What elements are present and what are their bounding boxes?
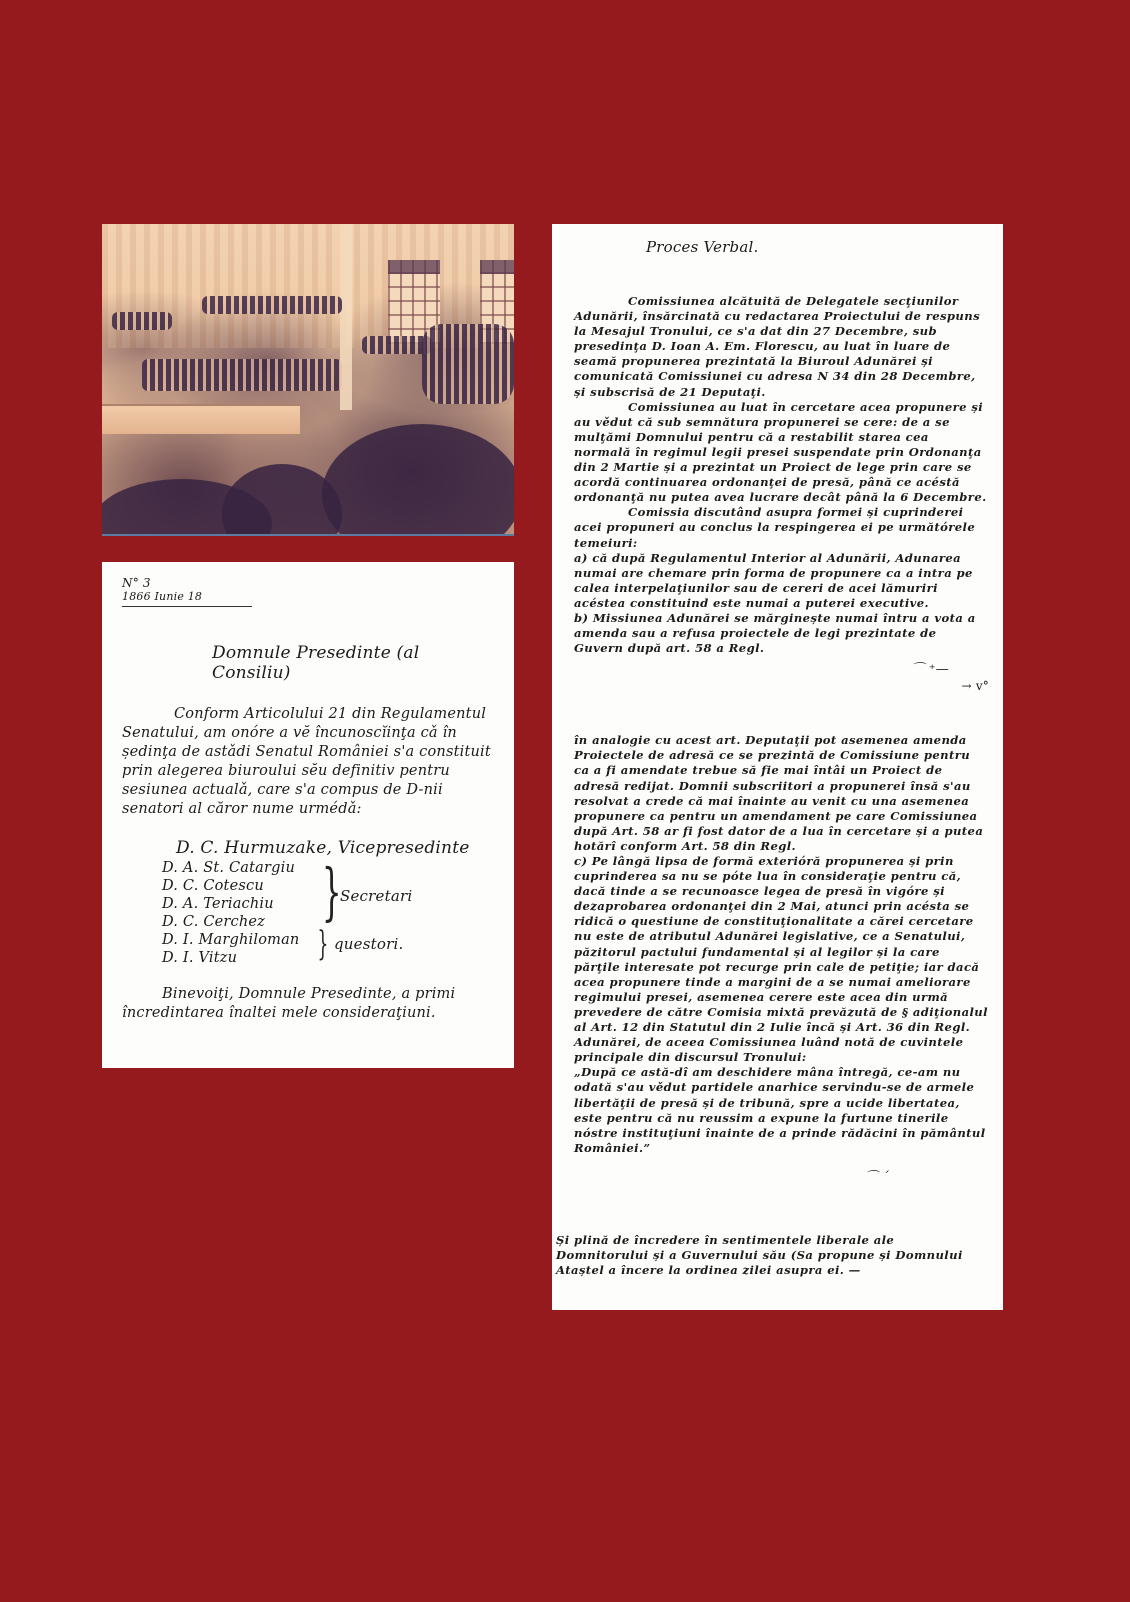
letter-closing: Binevoiţi, Domnule Presedinte, a primi î… (122, 985, 498, 1023)
paragraph: Comissiunea au luat în cercetare acea pr… (574, 400, 989, 506)
illustration-balcony (102, 404, 300, 434)
letter-date: 1866 Iunie 18 (122, 590, 252, 607)
illustration-crowd-right (422, 324, 514, 404)
brace-questori: } (317, 927, 328, 961)
letter-number: N° 3 (122, 576, 498, 590)
assembly-illustration (102, 224, 514, 536)
signatories-list: D. C. Hurmuzake, Vicepresedinte D. A. St… (162, 839, 498, 967)
paragraph: b) Missiunea Adunărei se mărginește numa… (574, 611, 989, 656)
group-label-secretari: Secretari (340, 887, 412, 905)
paragraph: „După ce astă-dî am deschidere mâna într… (574, 1065, 989, 1156)
letter-salutation: Domnule Presedinte (al Consiliu) (212, 643, 498, 683)
paragraph: Comissia discutând asupra formei și cupr… (574, 505, 989, 550)
continuation-mark: → v° (574, 679, 989, 693)
group-label-questori: questori. (334, 935, 403, 953)
proces-verbal-section-1: Comissiunea alcătuită de Delegatele secţ… (574, 294, 989, 656)
illustration-gallery-upper (202, 296, 342, 314)
paragraph: Și plină de încredere în sentimentele li… (556, 1233, 989, 1278)
letter-body: Conform Articolului 21 din Regulamentul … (122, 705, 498, 819)
paragraph: în analogie cu acest art. Deputaţii pot … (574, 733, 989, 854)
paragraph: a) că după Regulamentul Interior al Adun… (574, 551, 989, 611)
signatory-name: D. C. Hurmuzake (176, 838, 326, 858)
brace-secretari: } (322, 861, 342, 923)
signatory-role: Vicepresedinte (338, 838, 470, 858)
illustration-gallery-left (112, 312, 172, 330)
signatory: D. I. Marghiloman (162, 931, 498, 949)
flourish-mark: ⌒ ⁺— (574, 658, 989, 677)
proces-verbal-section-2: în analogie cu acest art. Deputaţii pot … (574, 733, 989, 1156)
proces-verbal-section-3: Și plină de încredere în sentimentele li… (556, 1233, 989, 1278)
illustration-crowd-middle (142, 359, 342, 391)
proces-verbal-document: Proces Verbal. Comissiunea alcătuită de … (552, 224, 1003, 1310)
signatory: D. I. Vitzu (162, 949, 498, 967)
paragraph: Comissiunea alcătuită de Delegatele secţ… (574, 294, 989, 400)
flourish-mark: ⌒ ˊ (574, 1166, 989, 1185)
senate-letter: N° 3 1866 Iunie 18 Domnule Presedinte (a… (102, 562, 514, 1068)
paragraph: c) Pe lângă lipsa de formă exterióră pro… (574, 854, 989, 1065)
proces-verbal-title: Proces Verbal. (646, 238, 989, 256)
illustration-crowd-foreground (322, 424, 514, 536)
